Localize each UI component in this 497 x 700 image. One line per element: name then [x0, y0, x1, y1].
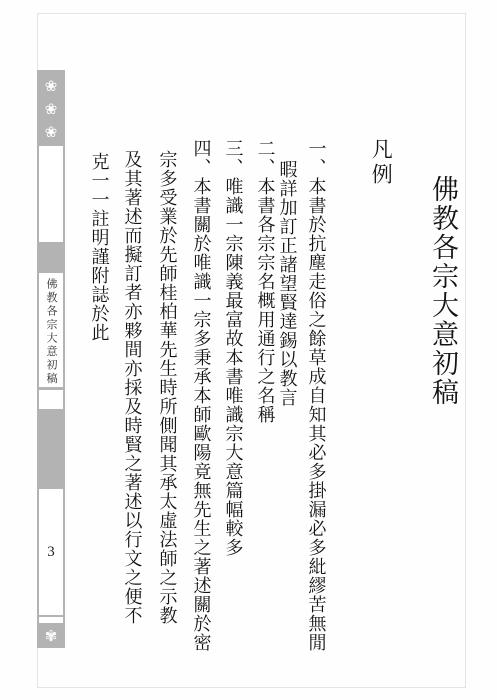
item-4-column-3: 及其著述而擬訂者亦夥間亦採及時賢之著述以行文之便不: [121, 150, 144, 625]
item-4-column-1: 四、本書關於唯識一宗多秉承本師歐陽竟無先生之著述關於密: [190, 139, 213, 652]
spine-blank-panel: [39, 146, 63, 242]
spine-blank-panel: [39, 390, 63, 409]
lotus-icon: ✾: [45, 627, 58, 645]
spine-gap: [37, 242, 65, 273]
spine-title-panel: 佛教各宗大意初稿: [39, 273, 63, 387]
page-number: 3: [47, 544, 55, 561]
spine-tab: ❀ ❀ ❀ 佛教各宗大意初稿 3 ✾: [37, 70, 65, 648]
spine-gap: [37, 409, 65, 489]
item-3-column-1: 三、唯識一宗陳義最富故本書唯識宗大意篇幅較多: [222, 139, 245, 557]
scanned-book-page: ❀ ❀ ❀ 佛教各宗大意初稿 3 ✾ 佛教各宗大意初稿 凡例 一、本書於抗塵走俗…: [0, 0, 497, 700]
rosette-icon: ❀: [45, 98, 58, 121]
spine-title-text: 佛教各宗大意初稿: [41, 278, 61, 387]
spine-ornaments: ❀ ❀ ❀: [37, 70, 65, 146]
item-4-column-2: 宗多受業於先師桂柏華先生時所側聞其承太虛法師之示教: [156, 150, 179, 625]
item-1-column-1: 一、本書於抗塵走俗之餘草成自知其必多掛漏必多紕繆苦無閒: [305, 139, 328, 652]
item-1-column-2: 暇詳加訂正諸望賢達錫以教言: [276, 160, 299, 407]
book-title: 佛教各宗大意初稿: [427, 175, 458, 407]
rosette-icon: ❀: [45, 121, 58, 144]
spine-lotus: ✾: [37, 623, 65, 648]
page-number-panel: 3: [39, 489, 63, 615]
item-4-column-4: 克一一註明謹附誌於此: [88, 152, 111, 342]
rosette-icon: ❀: [45, 75, 58, 98]
page-border: [37, 13, 466, 688]
item-2-column-1: 二、本書各宗宗名概用通行之名稱: [254, 139, 277, 424]
section-heading: 凡例: [368, 138, 394, 188]
